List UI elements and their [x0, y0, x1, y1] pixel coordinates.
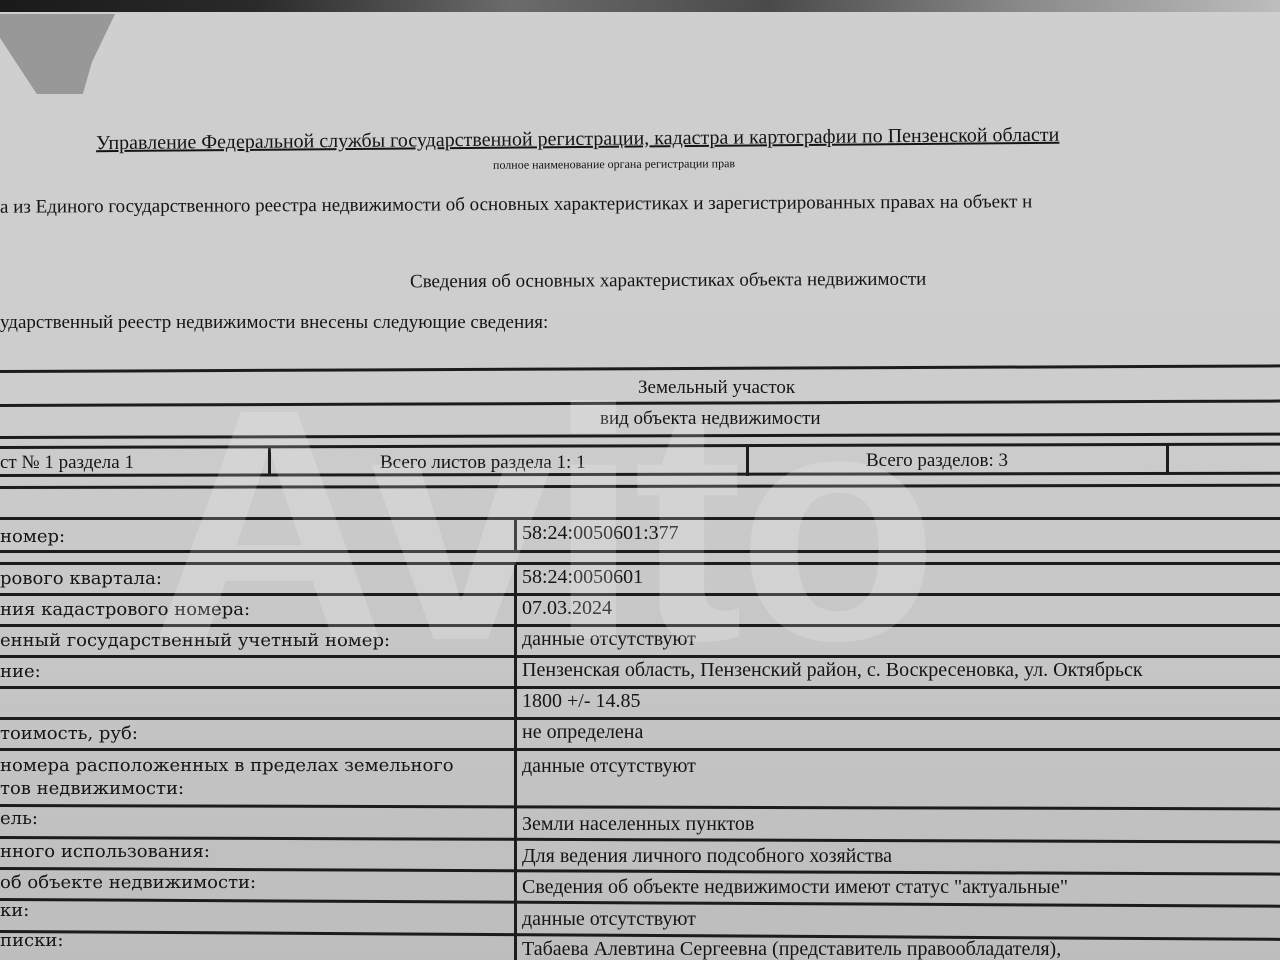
table-rule [0, 686, 1280, 689]
field-label: ки: [0, 900, 29, 921]
section-title: Сведения об основных характеристиках объ… [410, 269, 926, 294]
table-rule [0, 655, 1280, 658]
total-sheets: Всего листов раздела 1: 1 [380, 452, 586, 474]
field-label: номера расположенных в пределах земельно… [0, 755, 454, 776]
table-rule [0, 550, 1280, 553]
cadastral-value: не определена [522, 721, 643, 744]
objects-within: данные отсутствуют [522, 755, 696, 778]
cadastral-number: 58:24:0050601:377 [522, 522, 679, 545]
recipient: Табаева Алевтина Сергеевна (представител… [522, 938, 1061, 960]
cell-divider [746, 446, 749, 476]
table-rule [0, 624, 1280, 627]
object-type-caption: вид объекта недвижимости [600, 408, 821, 430]
field-label: рового квартала: [0, 568, 162, 589]
special-notes: данные отсутствуют [522, 908, 696, 931]
field-label: ния кадастрового номера: [0, 599, 250, 620]
cadastral-quarter: 58:24:0050601 [522, 566, 643, 589]
land-category: Земли населенных пунктов [522, 813, 754, 836]
table-rule [0, 717, 1280, 720]
field-label: енный государственный учетный номер: [0, 630, 390, 651]
permitted-use: Для ведения личного подсобного хозяйства [522, 845, 892, 868]
area: 1800 +/- 14.85 [522, 690, 641, 713]
field-label: ель: [0, 808, 38, 829]
table-rule [0, 517, 1280, 520]
object-type: Земельный участок [638, 377, 795, 399]
cell-divider [514, 517, 517, 552]
address: Пензенская область, Пензенский район, с.… [522, 659, 1143, 682]
sheet-number: ст № 1 раздела 1 [0, 452, 134, 474]
previous-number: данные отсутствуют [522, 628, 696, 651]
field-label: тов недвижимости: [0, 778, 184, 799]
table-rule [0, 748, 1280, 751]
field-label: нного использования: [0, 841, 210, 862]
record-status: Сведения об объекте недвижимости имеют с… [522, 876, 1068, 899]
cell-divider [268, 446, 271, 476]
field-label: писки: [0, 930, 63, 951]
organization-caption: полное наименование органа регистрации п… [493, 156, 735, 173]
assignment-date: 07.03.2024 [522, 597, 612, 620]
cell-divider [514, 562, 517, 960]
table-rule [0, 562, 1280, 565]
table-rule [0, 593, 1280, 596]
field-label: номер: [0, 526, 65, 547]
field-label: об объекте недвижимости: [0, 872, 256, 893]
field-label: тоимость, руб: [0, 723, 138, 744]
intro-text: ударственный реестр недвижимости внесены… [0, 312, 548, 334]
total-sections: Всего разделов: 3 [866, 450, 1008, 472]
field-label: ние: [0, 661, 41, 682]
cell-divider [1166, 445, 1169, 475]
